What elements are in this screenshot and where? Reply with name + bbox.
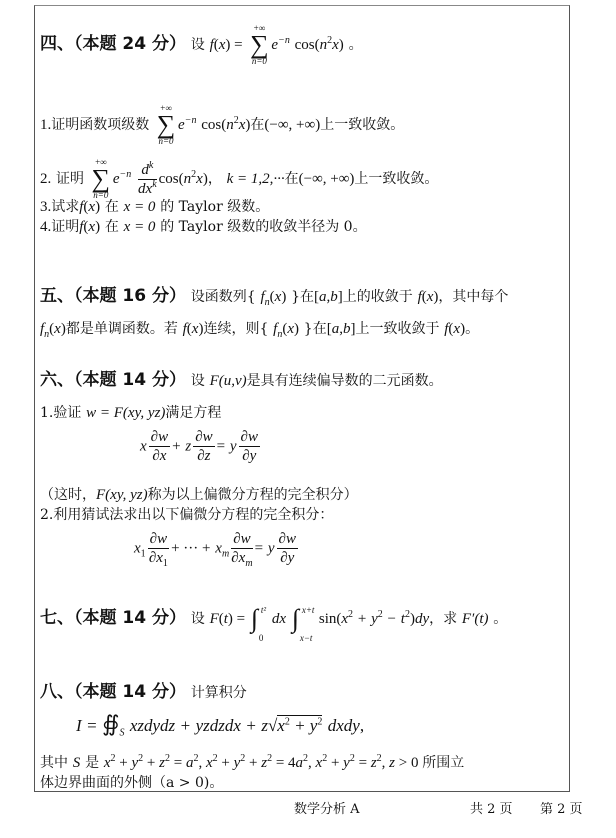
footer-current-page: 第 2 页 — [540, 798, 583, 817]
problem-4-number: 四、 — [40, 34, 74, 54]
problem-6-equation-2: x1∂w∂x1+ ··· + xm∂w∂xm= y∂w∂y — [134, 530, 300, 567]
problem-8-header-line: 八、（本题 14 分） 计算积分 — [40, 682, 247, 703]
derivative-fraction: dkdxk — [138, 161, 157, 198]
problem-8-points: （本题 14 分） — [74, 682, 186, 702]
problem-4-part-1: 1.证明函数项级数 +∞∑n=0e−n cos(n2x)在(−∞, +∞)上一致… — [40, 104, 404, 146]
problem-6-points: （本题 14 分） — [74, 370, 186, 390]
problem-7-number: 七、 — [40, 608, 74, 628]
problem-4-points: （本题 24 分） — [74, 34, 186, 54]
problem-5-points: （本题 16 分） — [74, 286, 186, 306]
problem-8-condition-line-2: 体边界曲面的外侧（a > 0)。 — [40, 772, 223, 793]
problem-4-part-4: 4.证明f(x) 在 x = 0 的 Taylor 级数的收敛半径为 0。 — [40, 216, 367, 237]
problem-8-formula: I = ∯S xzdydz + yzdzdx + z√x2 + y2 dxdy, — [76, 714, 364, 736]
problem-6-number: 六、 — [40, 370, 74, 390]
problem-7-line: 七、（本题 14 分） 设 F(t) = ∫t²0dx ∫x+tx−tsin(x… — [40, 604, 507, 634]
problem-4-header-line: 四、（本题 24 分） 设 f(x) = +∞∑n=0e−n cos(n2x) … — [40, 24, 363, 66]
problem-6-part-1: 1.验证 w = F(xy, yz)满足方程 — [40, 402, 221, 423]
problem-6-note: （这时，F(xy, yz)称为以上偏微分方程的完全积分） — [40, 484, 358, 505]
footer-total-pages: 共 2 页 — [470, 798, 513, 817]
problem-5-line-2: fn(x)都是单调函数。若 f(x)连续，则{ fn(x) }在[a,b]上一致… — [40, 318, 479, 339]
problem-7-points: （本题 14 分） — [74, 608, 186, 628]
integral-symbol: ∫x+tx−t — [292, 604, 318, 634]
problem-5-line-1: 五、（本题 16 分） 设函数列{ fn(x) }在[a,b]上的收敛于 f(x… — [40, 286, 508, 307]
problem-4-part-2: 2. 证明 +∞∑n=0e−n dkdxkcos(n2x)， k = 1,2,·… — [40, 158, 438, 200]
integral-symbol: ∫t²0 — [251, 604, 271, 634]
summation-symbol: +∞∑n=0 — [155, 104, 177, 146]
problem-6-header-line: 六、（本题 14 分） 设 F(u,v)是具有连续偏导数的二元函数。 — [40, 370, 443, 391]
footer-course-name: 数学分析 A — [294, 798, 360, 817]
problem-5-number: 五、 — [40, 286, 74, 306]
problem-4-intro-prefix: 设 — [191, 37, 205, 53]
problem-8-number: 八、 — [40, 682, 74, 702]
problem-6-equation-1: x∂w∂x+ z∂w∂z= y∂w∂y — [140, 428, 262, 465]
problem-4-part-3: 3.试求f(x) 在 x = 0 的 Taylor 级数。 — [40, 196, 269, 217]
problem-8-condition-line-1: 其中 S 是 x2 + y2 + z2 = a2, x2 + y2 + z2 =… — [40, 752, 464, 773]
summation-symbol: +∞∑n=0 — [248, 24, 270, 66]
problem-6-part-2: 2.利用猜试法求出以下偏微分方程的完全积分： — [40, 504, 333, 525]
summation-symbol: +∞∑n=0 — [90, 158, 112, 200]
